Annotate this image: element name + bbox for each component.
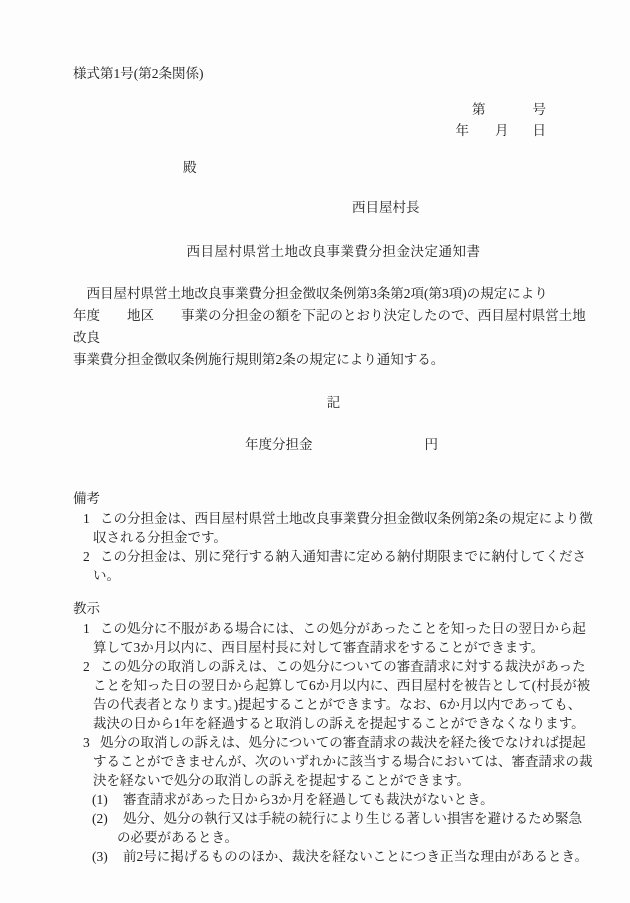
instructions-item-1: 1この処分に不服がある場合には、この処分があったことを知った日の翌日から起算して… xyxy=(73,619,594,657)
instructions-subitem-1-number: (1) xyxy=(92,790,123,809)
instructions-item-2-text: この処分の取消しの訴えは、この処分についての審査請求に対する裁決があったことを知… xyxy=(93,659,590,731)
instructions-item-2: 2この処分の取消しの訴えは、この処分についての審査請求に対する裁決があったことを… xyxy=(73,657,594,733)
date-day-label: 日 xyxy=(533,123,547,138)
instructions-item-2-number: 2 xyxy=(83,657,100,676)
instructions-subitem-3-text: 前2号に掲げるもののほか、裁決を経ないことにつき正当な理由があるとき。 xyxy=(123,849,588,864)
instructions-subitem-2-text: 処分、処分の執行又は手続の続行により生じる著しい損害を避けるため緊急の必要がある… xyxy=(117,811,582,845)
document-number-block: 第号 年月日 xyxy=(73,99,594,141)
number-suffix: 号 xyxy=(533,102,547,117)
instructions-subitem-3: (3)前2号に掲げるもののほか、裁決を経ないことにつき正当な理由があるとき。 xyxy=(73,847,594,866)
instructions-item-1-number: 1 xyxy=(83,619,100,638)
instructions-subitem-1: (1)審査請求があった日から3か月を経過しても裁決がないとき。 xyxy=(73,790,594,809)
body-paragraph: 西目屋村県営土地改良事業費分担金徴収条例第3条第2項(第3項)の規定により 年度… xyxy=(73,283,594,371)
instructions-item-3: 3処分の取消しの訴えは、処分についての審査請求の裁決を経た後でなければ提起するこ… xyxy=(73,733,594,790)
instructions-item-3-number: 3 xyxy=(83,733,100,752)
date-year-label: 年 xyxy=(456,123,470,138)
instructions-item-1-text: この処分に不服がある場合には、この処分があったことを知った日の翌日から起算して3… xyxy=(93,621,586,655)
remarks-item-1: 1この分担金は、西目屋村県営土地改良事業費分担金徴収条例第2条の規定により徴収さ… xyxy=(73,509,594,547)
remarks-item-2: 2この分担金は、別に発行する納入通知書に定める納付期限までに納付してください。 xyxy=(73,547,594,585)
number-prefix: 第 xyxy=(472,102,486,117)
instructions-subitem-1-text: 審査請求があった日から3か月を経過しても裁決がないとき。 xyxy=(123,792,494,807)
remarks-item-1-number: 1 xyxy=(83,509,100,528)
remarks-heading: 備考 xyxy=(73,489,594,509)
instructions-heading: 教示 xyxy=(73,599,594,619)
date-line: 年月日 xyxy=(73,120,546,141)
notification-document-page: 様式第1号(第2条関係) 第号 年月日 殿 西目屋村長 西目屋村県営土地改良事業… xyxy=(0,0,630,903)
sender-title: 西目屋村長 xyxy=(73,197,594,219)
remarks-item-2-text: この分担金は、別に発行する納入通知書に定める納付期限までに納付してください。 xyxy=(93,549,586,583)
date-month-label: 月 xyxy=(495,123,509,138)
annual-levy-label: 年度分担金 xyxy=(245,437,313,452)
remarks-item-1-text: この分担金は、西目屋村県営土地改良事業費分担金徴収条例第2条の規定により徴収され… xyxy=(93,511,593,545)
instructions-subitem-3-number: (3) xyxy=(92,847,123,866)
instructions-subitem-2-number: (2) xyxy=(92,809,123,828)
instructions-item-3-text: 処分の取消しの訴えは、処分についての審査請求の裁決を経た後でなければ提起すること… xyxy=(93,735,593,788)
document-number-line: 第号 xyxy=(73,99,546,120)
instructions-subitem-2: (2)処分、処分の執行又は手続の続行により生じる著しい損害を避けるため緊急の必要… xyxy=(73,809,594,847)
record-marker: 記 xyxy=(73,392,594,414)
annual-levy-line: 年度分担金円 xyxy=(73,434,594,456)
addressee-line: 殿 xyxy=(73,157,594,179)
remarks-item-2-number: 2 xyxy=(83,547,100,566)
document-title: 西目屋村県営土地改良事業費分担金決定通知書 xyxy=(73,241,594,263)
remarks-section: 備考 1この分担金は、西目屋村県営土地改良事業費分担金徴収条例第2条の規定により… xyxy=(73,489,594,585)
appeal-instructions-section: 教示 1この処分に不服がある場合には、この処分があったことを知った日の翌日から起… xyxy=(73,599,594,866)
addressee-honorific: 殿 xyxy=(183,160,197,175)
form-label: 様式第1号(第2条関係) xyxy=(73,63,594,85)
yen-unit-label: 円 xyxy=(425,437,439,452)
